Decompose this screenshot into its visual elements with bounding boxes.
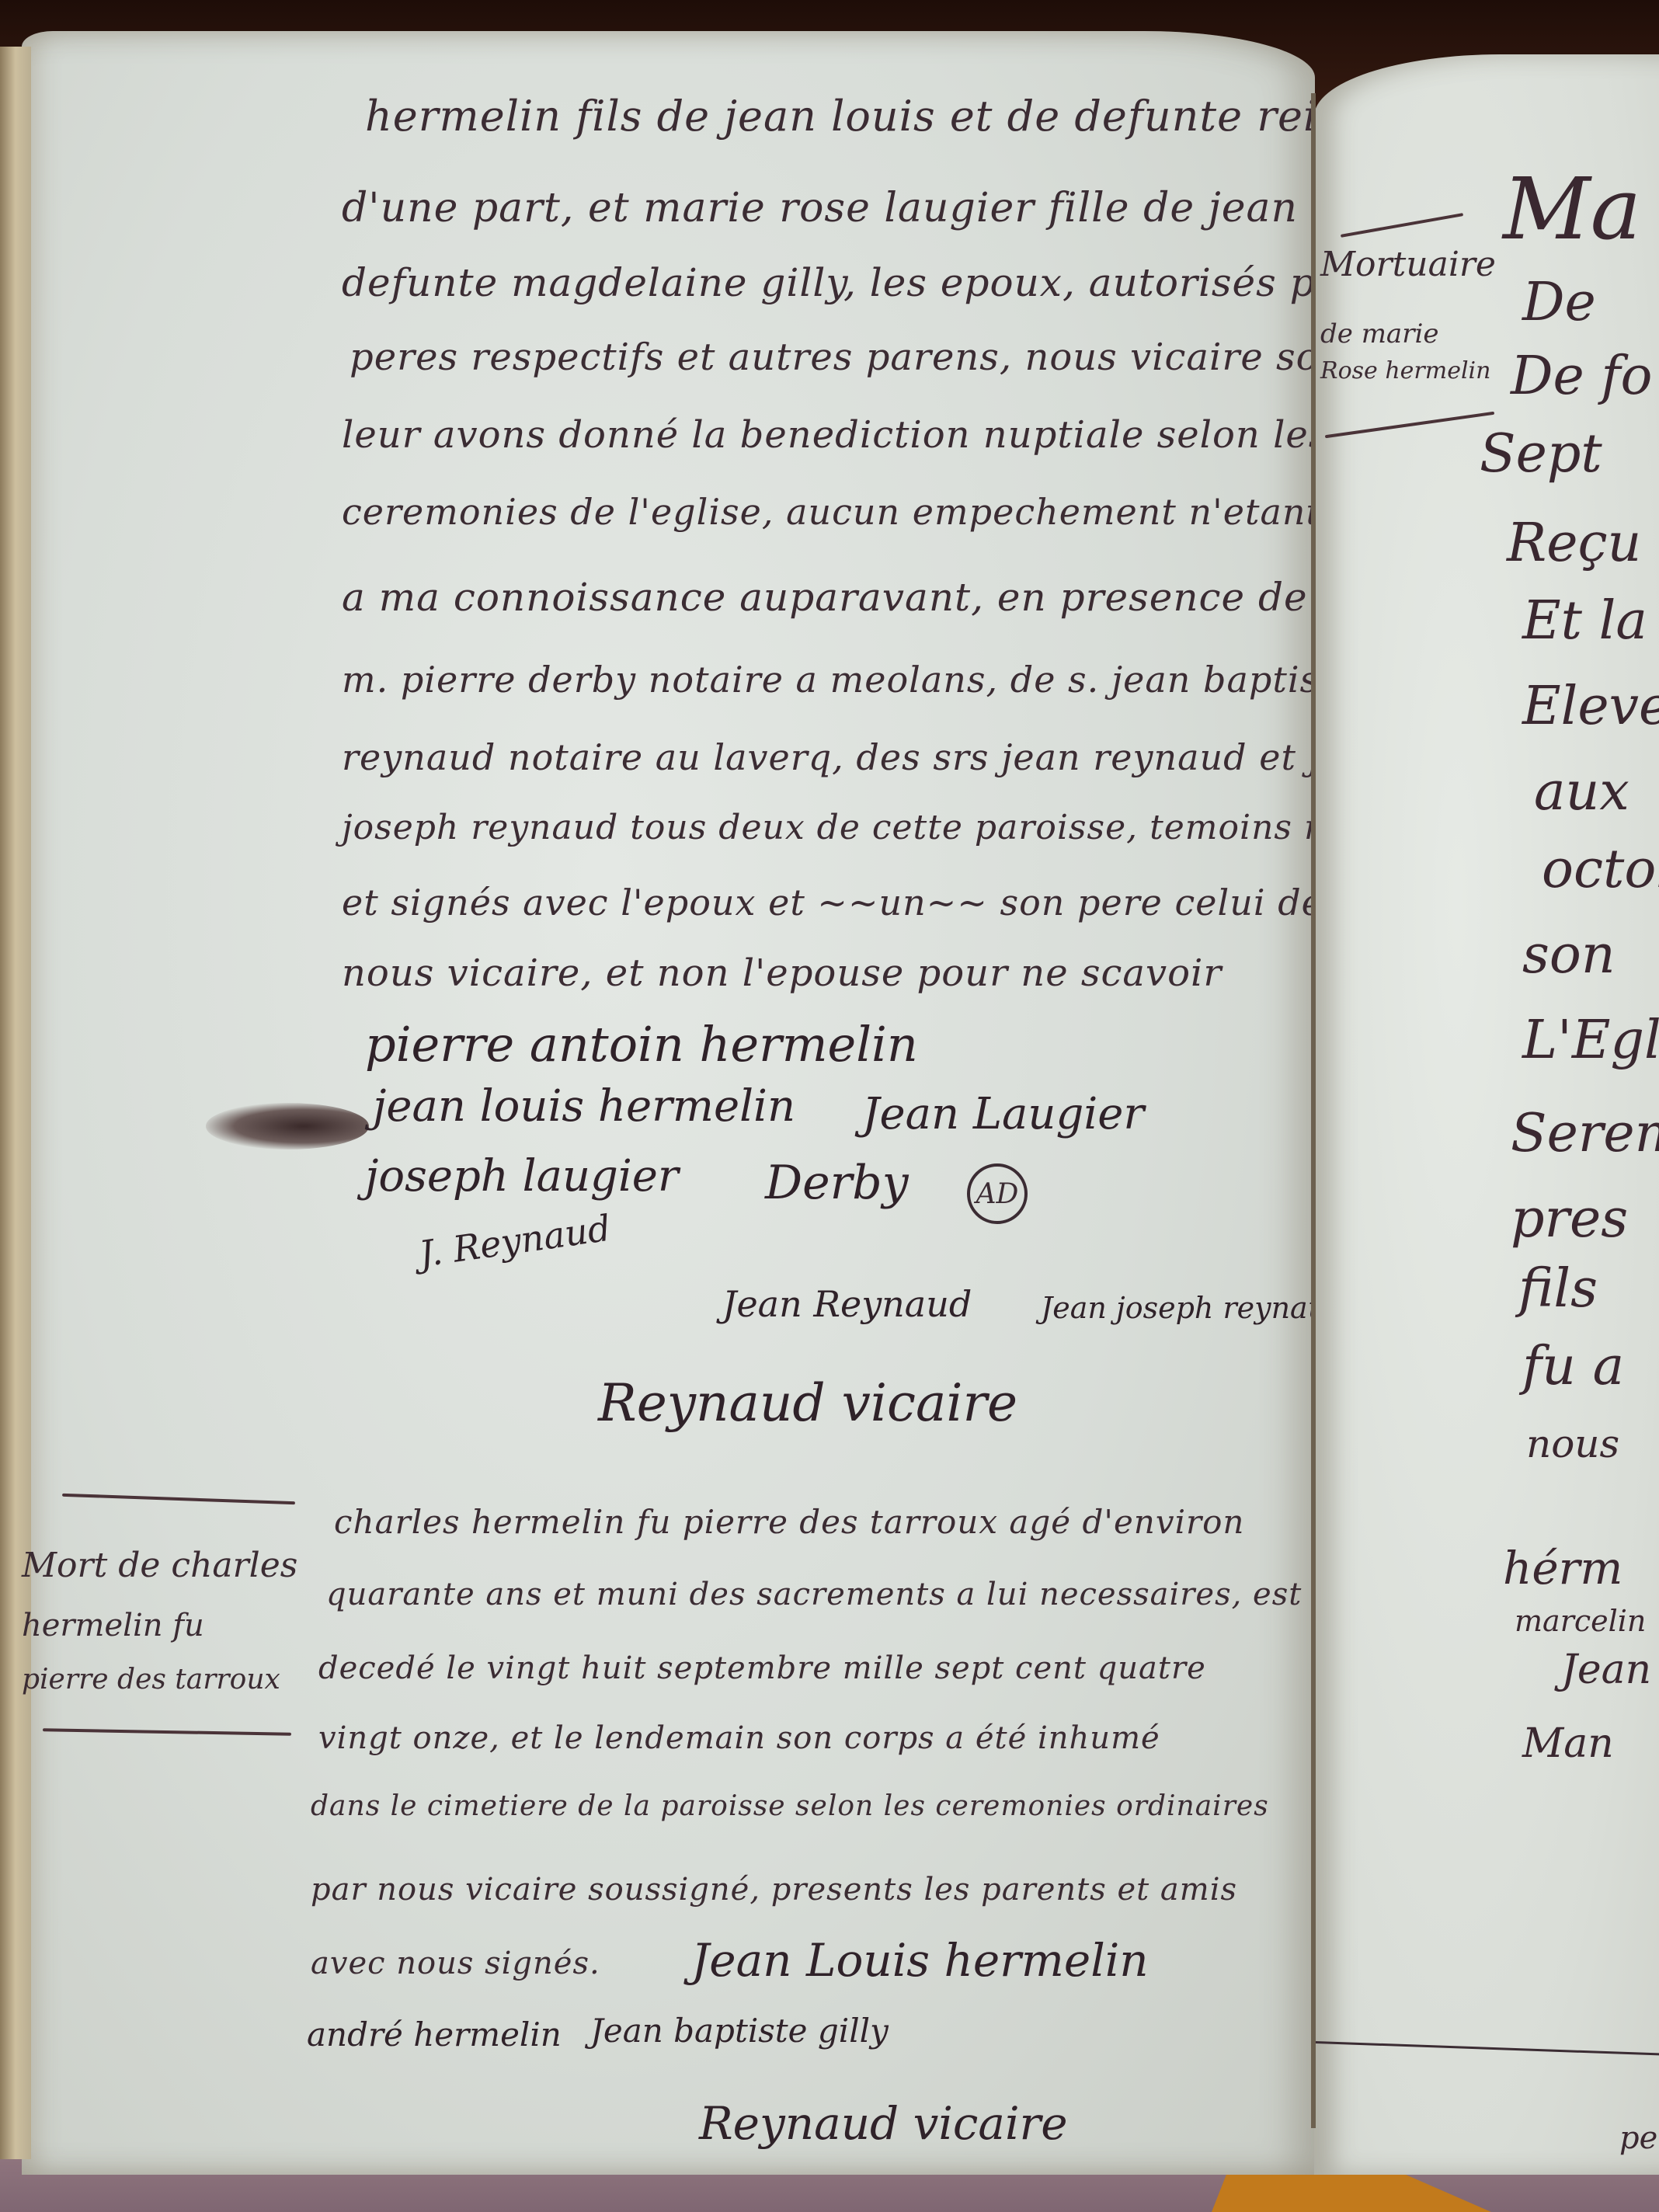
signature: joseph laugier [365, 1151, 679, 1202]
entry-line: leur avons donné la benediction nuptiale… [342, 413, 1328, 457]
fragment-word: son [1522, 924, 1616, 986]
fragment-word: De [1522, 272, 1596, 333]
margin-note-line: Mortuaire [1320, 245, 1496, 284]
fragment-word: pe [1619, 2120, 1657, 2156]
entry-line: par nous vicaire soussigné, presents les… [311, 1872, 1237, 1908]
fragment-word: Jean [1561, 1647, 1651, 1693]
signature: Jean Laugier [862, 1089, 1144, 1139]
fragment-word: Reçu [1507, 513, 1641, 574]
signature: Derby [765, 1156, 909, 1210]
fragment-word: Man [1522, 1720, 1614, 1767]
entry-line: d'une part, et marie rose laugier fille … [342, 185, 1418, 231]
fragment-word: nous [1526, 1421, 1619, 1466]
entry-line: defunte magdelaine gilly, les epoux, aut… [342, 260, 1454, 305]
margin-note-line: pierre des tarroux [22, 1664, 280, 1696]
entry-line: decedé le vingt huit septembre mille sep… [318, 1650, 1206, 1686]
fragment-word: Et la [1522, 590, 1647, 652]
margin-note-line: Rose hermelin [1320, 357, 1490, 384]
signature: jean louis hermelin [373, 1081, 795, 1132]
entry-line: quarante ans et muni des sacrements a lu… [326, 1577, 1302, 1612]
signature: Jean Louis hermelin [691, 1934, 1149, 1987]
entry-line: m. pierre derby notaire a meolans, de s.… [342, 659, 1356, 701]
fragment-word: octob [1542, 839, 1659, 900]
entry-line: a ma connoissance auparavant, en presenc… [342, 575, 1308, 620]
fragment-word: Ma [1503, 159, 1641, 259]
signature: andré hermelin [307, 2015, 562, 2054]
signature: Reynaud vicaire [598, 1373, 1017, 1433]
entry-line: nous vicaire, et non l'epouse pour ne sc… [342, 951, 1222, 995]
signature: Reynaud vicaire [699, 2097, 1068, 2150]
paraph-mark-icon: AD [967, 1163, 1028, 1224]
entry-line: charles hermelin fu pierre des tarroux a… [334, 1503, 1244, 1541]
fragment-word: aux [1534, 761, 1629, 823]
entry-line: peres respectifs et autres parens, nous … [350, 336, 1469, 379]
fragment-word: pres [1511, 1188, 1628, 1250]
fragment-word: marcelin [1515, 1604, 1646, 1638]
entry-line: reynaud notaire au laverq, des srs jean … [342, 736, 1388, 778]
signature: pierre antoin hermelin [365, 1016, 918, 1073]
signature: Jean Reynaud [722, 1283, 972, 1325]
fragment-word: Eleve [1522, 676, 1659, 737]
fragment-word: Sept [1480, 423, 1602, 485]
book-gutter [1311, 93, 1316, 2128]
margin-note-line: hermelin fu [22, 1608, 204, 1643]
fragment-word: hérm [1503, 1542, 1622, 1595]
page-stack-edge [0, 47, 31, 2159]
margin-note-line: Mort de charles [22, 1546, 297, 1585]
ink-blot [206, 1103, 369, 1149]
entry-line: joseph reynaud tous deux de cette parois… [342, 808, 1417, 847]
fragment-word: De fo [1511, 346, 1652, 407]
entry-line: avec nous signés. [311, 1946, 600, 1981]
signature: Jean baptiste gilly [590, 2012, 889, 2050]
fragment-word: fu a [1522, 1336, 1624, 1397]
entry-line: vingt onze, et le lendemain son corps a … [318, 1720, 1160, 1756]
entry-line: dans le cimetiere de la paroisse selon l… [311, 1790, 1269, 1822]
margin-note-line: de marie [1320, 318, 1438, 350]
fragment-word: L'Egli [1522, 1010, 1659, 1071]
fragment-word: fils [1518, 1258, 1598, 1320]
signature: Jean joseph reynaud [1041, 1291, 1346, 1325]
fragment-word: Serem [1511, 1103, 1659, 1164]
